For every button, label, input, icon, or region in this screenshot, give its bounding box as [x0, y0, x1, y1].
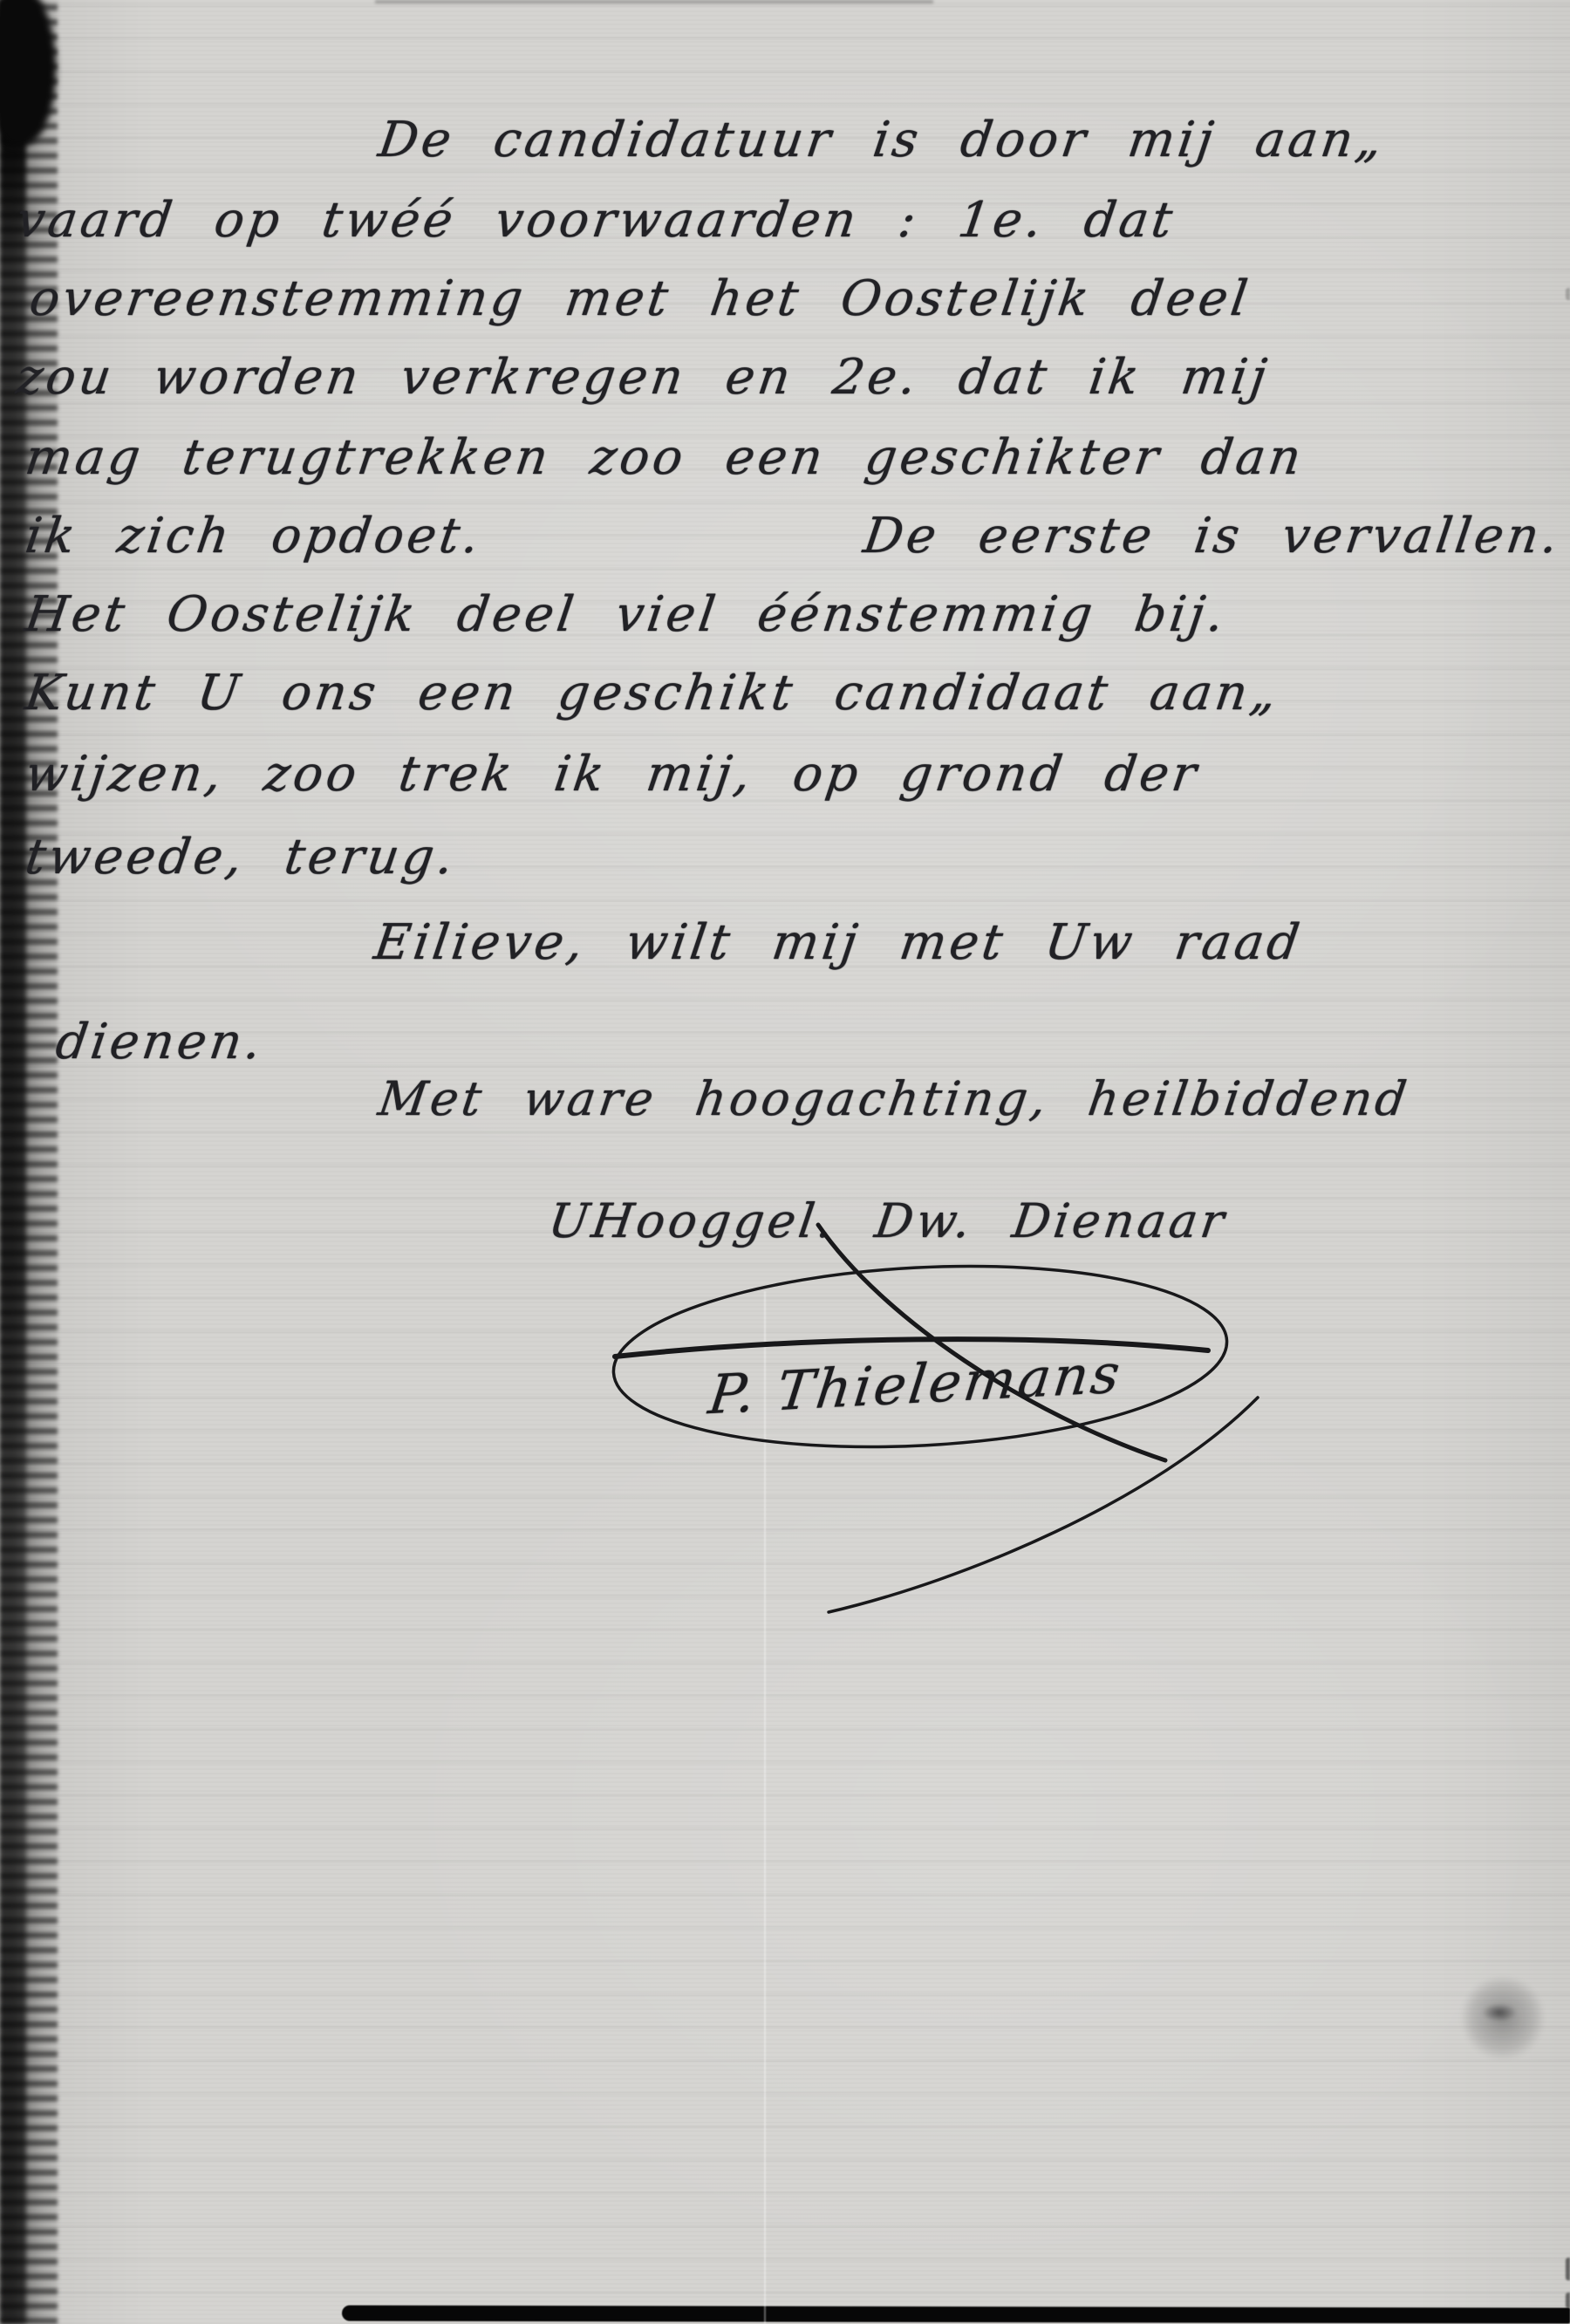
handwritten-line-1: De candidatuur is door mij aan„: [375, 112, 1389, 168]
scan-artifact-bottom-bar: [342, 2306, 1570, 2324]
scan-artifact-top-streak: [375, 0, 933, 3]
handwritten-line-7: Het Oostelijk deel viel éénstemmig bij.: [22, 586, 1231, 643]
handwritten-line-5: mag terugtrekken zoo een geschikter dan: [22, 429, 1307, 486]
handwritten-line-9: wijzen, zoo trek ik mij, op grond der: [22, 746, 1203, 803]
handwritten-line-11: Eilieve, wilt mij met Uw raad: [371, 914, 1306, 971]
letter-page: De candidatuur is door mij aan„ vaard op…: [0, 0, 1570, 2324]
handwritten-line-2: vaard op twéé voorwaarden : 1e. dat: [13, 192, 1179, 249]
scan-artifact-right-edge-mark: [1566, 2258, 1570, 2280]
line-6-second-sentence: De eerste is vervallen.: [860, 508, 1565, 564]
scan-artifact-right-edge-mark: [1566, 2293, 1570, 2308]
scan-artifact-right-edge-mark: [1566, 288, 1570, 300]
line-6-first-sentence: ik zich opdoet.: [22, 508, 486, 564]
handwritten-line-8: Kunt U ons een geschikt candidaat aan„: [22, 665, 1283, 721]
handwritten-line-4: zou worden verkregen en 2e. dat ik mij: [13, 349, 1273, 406]
handwritten-line-6: ik zich opdoet. De eerste is vervallen.: [22, 508, 1565, 564]
ink-smudge-core: [1478, 2001, 1521, 2024]
handwritten-line-10: tweede, terug.: [22, 829, 461, 885]
signature: P. Thielemans: [541, 1213, 1308, 1631]
closing-line: Met ware hoogachting, heilbiddend: [375, 1071, 1413, 1126]
handwritten-line-12: dienen.: [52, 1014, 268, 1070]
handwritten-line-3: overeenstemming met het Oostelijk deel: [26, 270, 1254, 327]
signature-flourish: [541, 1213, 1308, 1631]
